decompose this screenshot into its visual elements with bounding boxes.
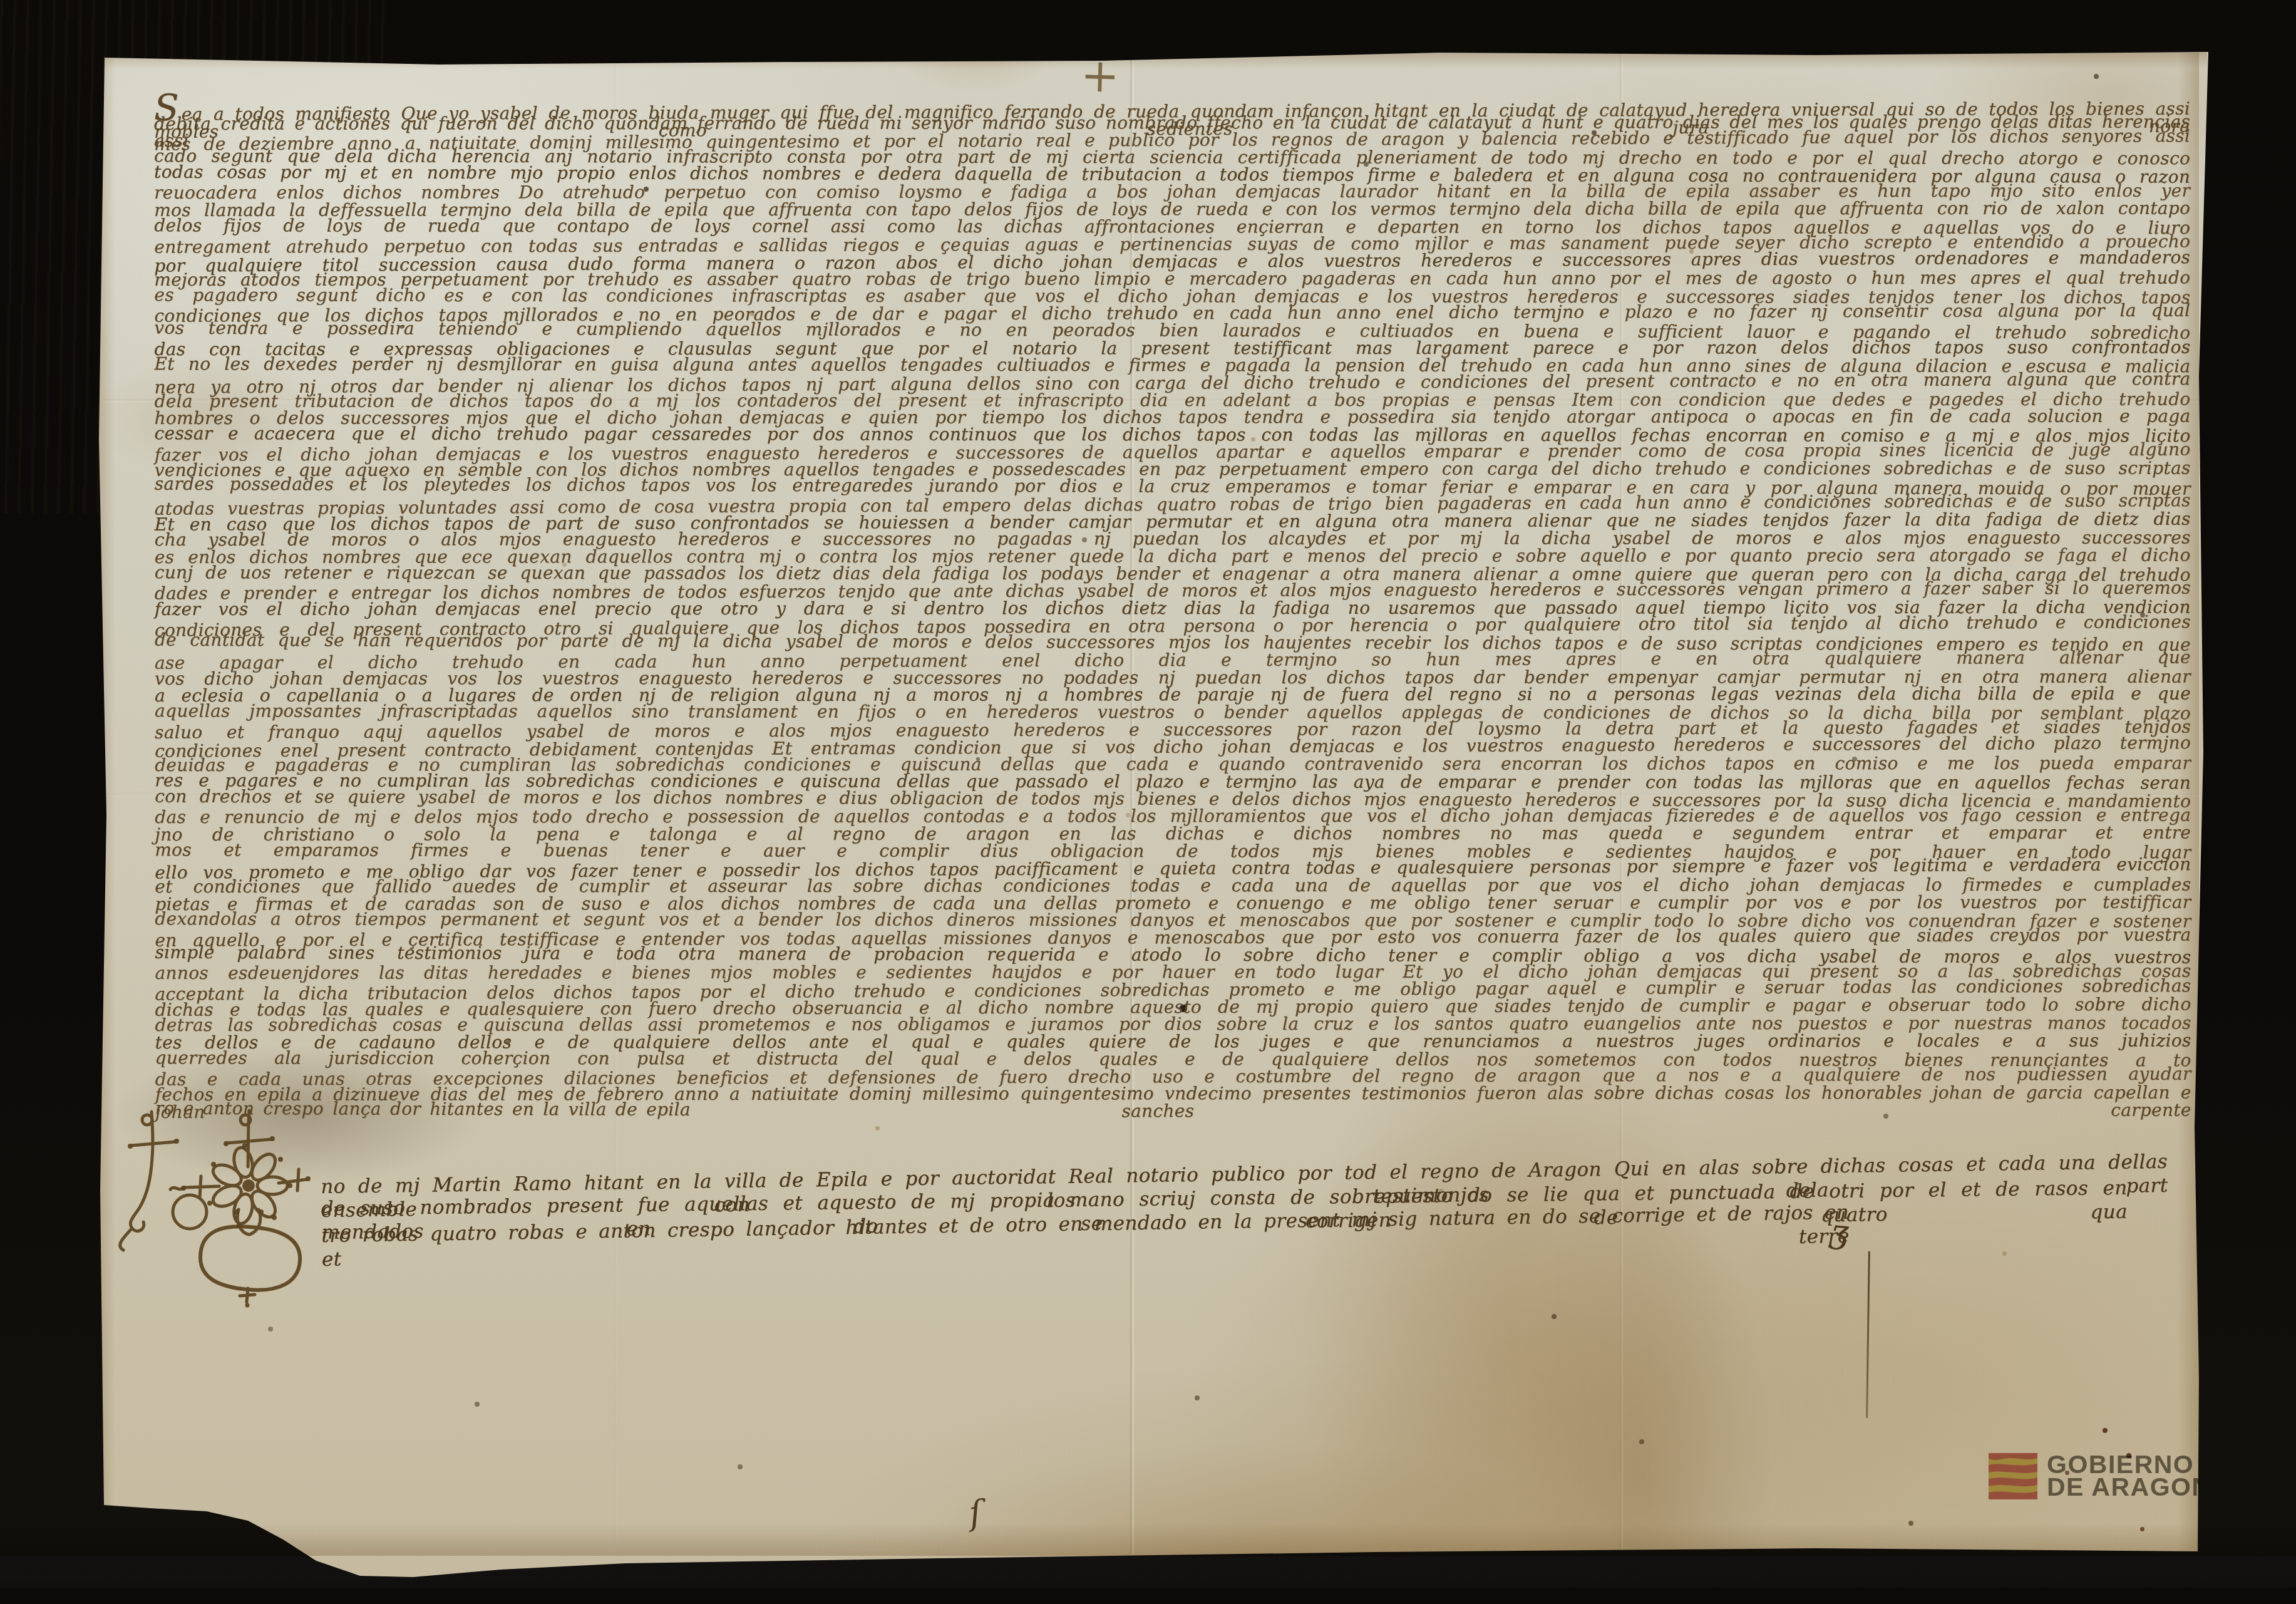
rubric-terminal-mark: Ʒ bbox=[1828, 1219, 1850, 1259]
watermark-text: GOBIERNO DE ARAGON bbox=[2047, 1453, 2211, 1498]
manuscript-line: Et en caso que los dichos tapos de part … bbox=[155, 510, 2191, 533]
manuscript-line: simple palabra sines testimonios jura e … bbox=[155, 944, 2191, 966]
gobierno-aragon-watermark: GOBIERNO DE ARAGON bbox=[1989, 1453, 2211, 1499]
manuscript-line: vos tendra e possedira teniendo e cumpli… bbox=[154, 319, 2190, 342]
parchment-sheet: + Sea a todos manifiesto Que yo ysabel d… bbox=[0, 0, 2296, 1604]
watermark-line2: DE ARAGON bbox=[2047, 1476, 2211, 1498]
invocation-cross: + bbox=[1080, 48, 1120, 103]
manuscript-line: ase apagar el dicho trehudo en cada hun … bbox=[155, 649, 2191, 672]
edge-shading bbox=[105, 53, 2207, 69]
archival-photo: + Sea a todos manifiesto Que yo ysabel d… bbox=[0, 0, 2296, 1604]
manuscript-line: todas cosas por mj et en nombre mjo prop… bbox=[154, 163, 2190, 186]
manuscript-line: fazer vos el dicho johan demjacas e los … bbox=[155, 441, 2191, 464]
manuscript-body: Sea a todos manifiesto Que yo ysabel de … bbox=[154, 96, 2191, 1121]
manuscript-line: Sea a todos manifiesto Que yo ysabel de … bbox=[154, 94, 2190, 117]
notarial-sign-flourish bbox=[91, 1104, 322, 1311]
manuscript-line: con drechos et se quiere ysabel de moros… bbox=[155, 787, 2191, 810]
manuscript-line: das e cada unas otras excepciones dilaci… bbox=[155, 1065, 2191, 1088]
aragon-flag-icon bbox=[1989, 1453, 2037, 1499]
manuscript-line: dichas e todas las quales e qualesquiere… bbox=[155, 996, 2191, 1019]
edge-shading bbox=[188, 1523, 2199, 1556]
